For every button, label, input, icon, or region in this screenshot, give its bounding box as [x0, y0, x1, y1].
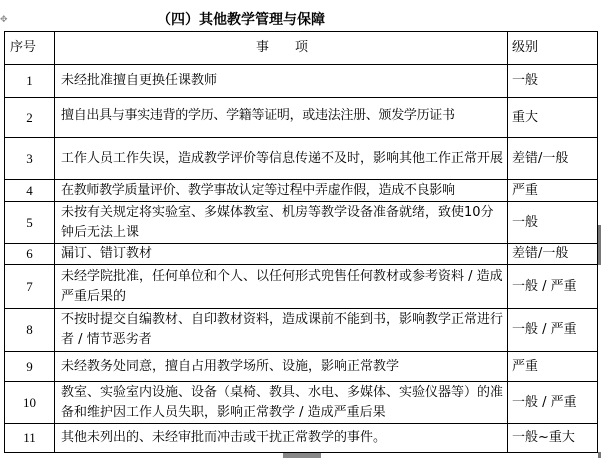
row-level: 一般~重大 — [508, 424, 598, 453]
table-row: 3 工作人员工作失误，造成教学评价等信息传递不及时，影响其他工作正常开展 差错/… — [5, 138, 598, 180]
row-num: 7 — [5, 265, 55, 309]
table-header-row: 序号 事 项 级别 — [5, 32, 598, 65]
row-num: 4 — [5, 180, 55, 202]
table-row: 11 其他未列出的、未经审批而冲击或干扰正常教学的事件。 一般~重大 — [5, 424, 598, 453]
row-level: 差错/一般 — [508, 244, 598, 265]
table-row: 4 在教师教学质量评价、教学事故认定等过程中弄虚作假，造成不良影响 严重 — [5, 180, 598, 202]
table-row: 6 漏订、错订教材 差错/一般 — [5, 244, 598, 265]
horizontal-scrollbar-thumb[interactable] — [283, 453, 321, 458]
resize-marker — [598, 452, 601, 458]
row-num: 11 — [5, 424, 55, 453]
row-level: 重大 — [508, 98, 598, 138]
row-level: 一般 — [508, 202, 598, 244]
row-num: 10 — [5, 382, 55, 424]
row-num: 1 — [5, 65, 55, 98]
row-num: 9 — [5, 352, 55, 382]
table-row: 5 未按有关规定将实验室、多媒体教室、机房等教学设备准备就绪，致使10分钟后无法… — [5, 202, 598, 244]
row-num: 5 — [5, 202, 55, 244]
header-num: 序号 — [5, 32, 55, 65]
row-num: 8 — [5, 309, 55, 352]
row-item: 工作人员工作失误，造成教学评价等信息传递不及时，影响其他工作正常开展 — [55, 138, 508, 180]
row-item: 不按时提交自编教材、自印教材资料，造成课前不能到书，影响教学正常进行者 / 情节… — [55, 309, 508, 352]
row-item: 未经教务处同意，擅自占用教学场所、设施，影响正常教学 — [55, 352, 508, 382]
incident-table: 序号 事 项 级别 1 未经批准擅自更换任课教师 一般 2 擅自出具与事实违背的… — [4, 31, 598, 453]
row-level: 一般 — [508, 65, 598, 98]
row-level: 差错/一般 — [508, 138, 598, 180]
table-row: 1 未经批准擅自更换任课教师 一般 — [5, 65, 598, 98]
row-item: 教室、实验室内设施、设备（桌椅、教具、水电、多媒体、实验仪器等）的准备和维护因工… — [55, 382, 508, 424]
header-level: 级别 — [508, 32, 598, 65]
row-num: 6 — [5, 244, 55, 265]
row-level: 严重 — [508, 180, 598, 202]
table-row: 2 擅自出具与事实违背的学历、学籍等证明，或违法注册、颁发学历证书 重大 — [5, 98, 598, 138]
row-level: 严重 — [508, 352, 598, 382]
row-level: 一般 / 严重 — [508, 382, 598, 424]
table-row: 7 未经学院批准，任何单位和个人、以任何形式兜售任何教材或参考资料 / 造成严重… — [5, 265, 598, 309]
row-item: 未经学院批准，任何单位和个人、以任何形式兜售任何教材或参考资料 / 造成严重后果… — [55, 265, 508, 309]
vertical-scrollbar-thumb[interactable] — [598, 225, 601, 265]
row-item: 未按有关规定将实验室、多媒体教室、机房等教学设备准备就绪，致使10分钟后无法上课 — [55, 202, 508, 244]
row-item: 未经批准擅自更换任课教师 — [55, 65, 508, 98]
section-title: （四）其他教学管理与保障 — [0, 9, 602, 29]
table-row: 9 未经教务处同意，擅自占用教学场所、设施，影响正常教学 严重 — [5, 352, 598, 382]
row-level: 一般 / 严重 — [508, 309, 598, 352]
row-item: 在教师教学质量评价、教学事故认定等过程中弄虚作假，造成不良影响 — [55, 180, 508, 202]
row-level: 一般 / 严重 — [508, 265, 598, 309]
row-num: 2 — [5, 98, 55, 138]
table-row: 10 教室、实验室内设施、设备（桌椅、教具、水电、多媒体、实验仪器等）的准备和维… — [5, 382, 598, 424]
row-item: 擅自出具与事实违背的学历、学籍等证明，或违法注册、颁发学历证书 — [55, 98, 508, 138]
row-item: 其他未列出的、未经审批而冲击或干扰正常教学的事件。 — [55, 424, 508, 453]
table-row: 8 不按时提交自编教材、自印教材资料，造成课前不能到书，影响教学正常进行者 / … — [5, 309, 598, 352]
row-item: 漏订、错订教材 — [55, 244, 508, 265]
row-num: 3 — [5, 138, 55, 180]
header-item: 事 项 — [55, 32, 508, 65]
